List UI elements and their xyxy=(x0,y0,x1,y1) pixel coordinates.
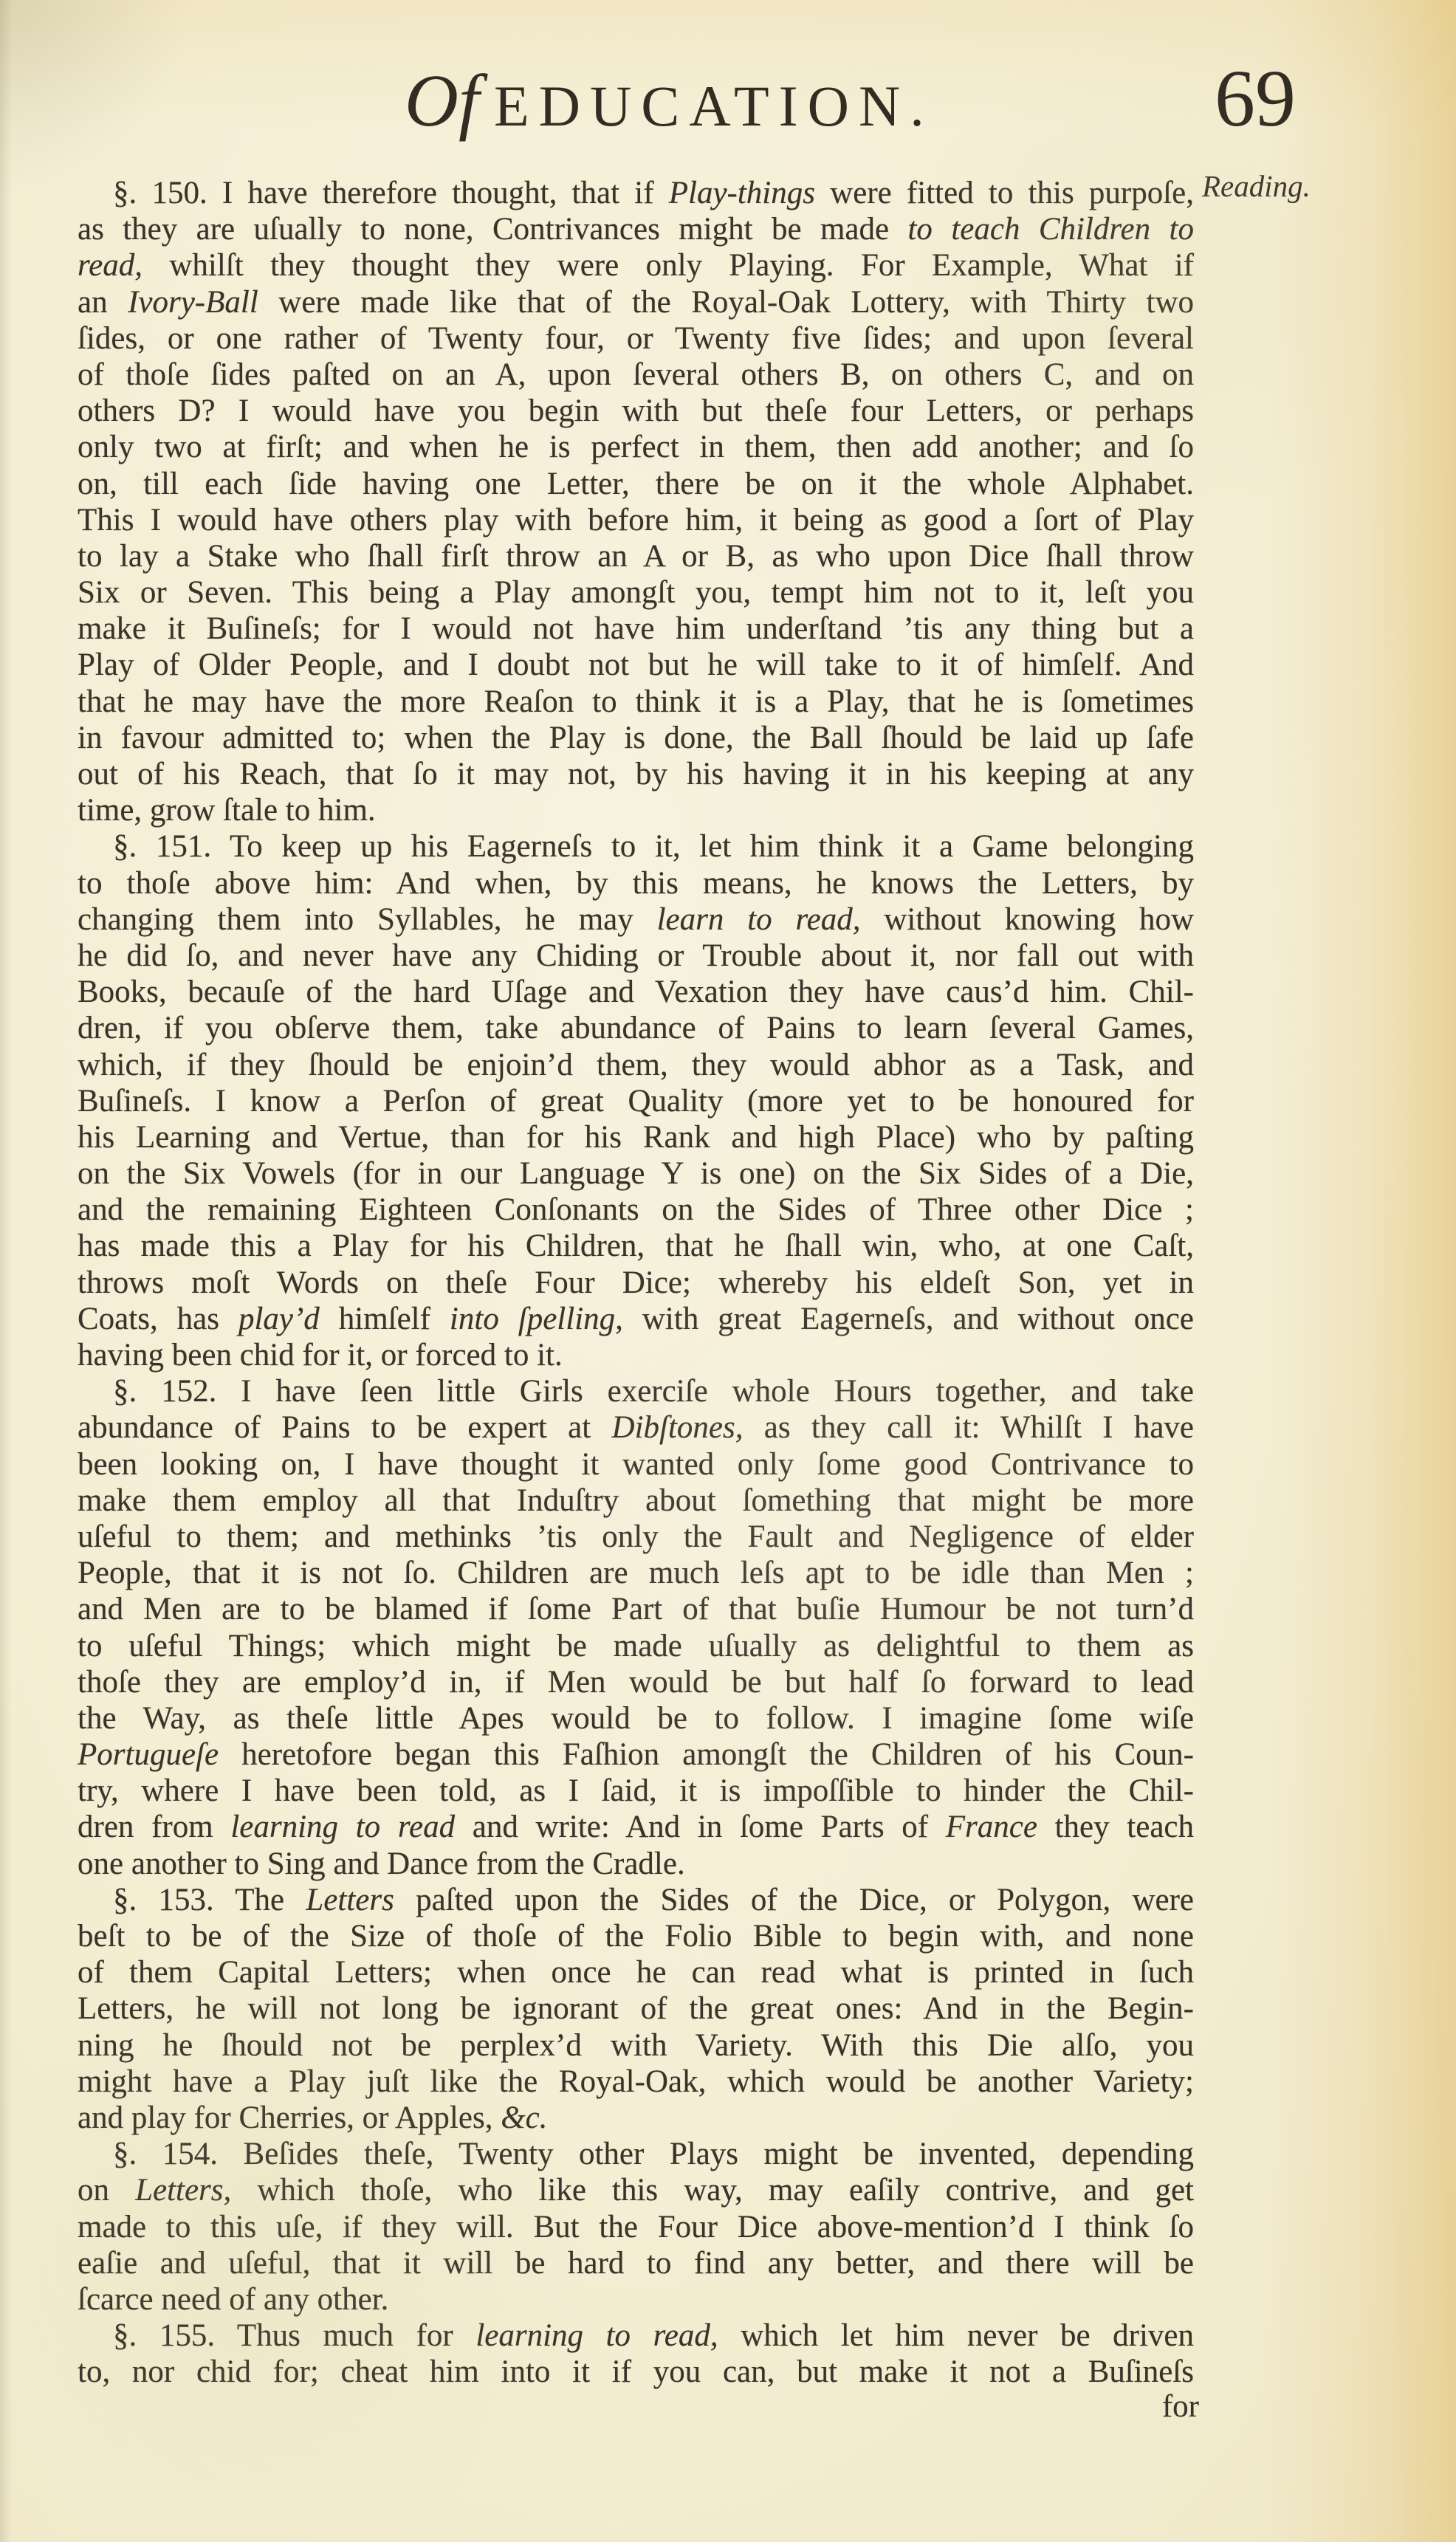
roman-text: dren from xyxy=(78,1810,230,1844)
text-line: eaſie and uſeful, that it will be hard t… xyxy=(78,2245,1194,2281)
text-line: and play for Cherries, or Apples, &c. xyxy=(78,2100,1194,2136)
roman-text: to lay a Stake who ſhall firſt throw an … xyxy=(78,539,1194,574)
roman-text: §. 155. Thus much for xyxy=(113,2318,475,2353)
roman-text: of them Capital Letters; when once he ca… xyxy=(78,1955,1194,1990)
roman-text: Buſineſs. I know a Perſon of great Quali… xyxy=(78,1084,1194,1119)
text-line: Portugueſe heretofore began this Faſhion… xyxy=(78,1737,1194,1773)
roman-text: Play of Older People, and I doubt not bu… xyxy=(78,647,1194,682)
roman-text: were fitted to this purpoſe, xyxy=(815,176,1194,210)
text-line: others D? I would have you begin with bu… xyxy=(78,393,1194,429)
roman-text: §. 152. I have ſeen little Girls exerciſ… xyxy=(113,1374,1194,1409)
text-line: has made this a Play for his Children, t… xyxy=(78,1228,1194,1264)
paragraph-150: §. 150. I have therefore thought, that i… xyxy=(78,175,1194,828)
text-line: time, grow ſtale to him. xyxy=(78,792,1194,828)
text-line: Books, becauſe of the hard Uſage and Vex… xyxy=(78,974,1194,1010)
roman-text: make them employ all that Induſtry about… xyxy=(78,1483,1194,1518)
text-line: Coats, has play’d himſelf into ſpelling,… xyxy=(78,1301,1194,1337)
roman-text: to, nor chid for; cheat him into it if y… xyxy=(78,2354,1194,2389)
text-line: might have a Play juſt like the Royal-Oa… xyxy=(78,2064,1194,2100)
text-line: on, till each ſide having one Letter, th… xyxy=(78,466,1194,502)
italic-text: Play-things xyxy=(669,176,815,210)
text-line: §. 153. The Letters paſted upon the Side… xyxy=(78,1882,1194,1918)
text-line: make it Buſineſs; for I would not have h… xyxy=(78,611,1194,647)
text-line: having been chid for it, or forced to it… xyxy=(78,1337,1194,1373)
roman-text: himſelf xyxy=(320,1302,450,1336)
text-line: abundance of Pains to be expert at Dibſt… xyxy=(78,1409,1194,1446)
text-line: ning he ſhould not be perplex’d with Var… xyxy=(78,2027,1194,2064)
text-line: read, whilſt they thought they were only… xyxy=(78,247,1194,284)
roman-text: beſt to be of the Size of thoſe of the F… xyxy=(78,1919,1194,1954)
italic-text: into ſpelling, xyxy=(450,1302,623,1336)
text-line: on the Six Vowels (for in our Language Y… xyxy=(78,1155,1194,1192)
roman-text: on xyxy=(78,2173,135,2208)
roman-text: made to this uſe, if they will. But the … xyxy=(78,2210,1194,2244)
text-line: uſeful to them; and methinks ’tis only t… xyxy=(78,1519,1194,1555)
text-line: to uſeful Things; which might be made uſ… xyxy=(78,1628,1194,1664)
text-line: been looking on, I have thought it wante… xyxy=(78,1446,1194,1483)
roman-text: which let him never be driven xyxy=(718,2318,1194,2353)
paragraph-151: §. 151. To keep up his Eagerneſs to it, … xyxy=(78,828,1194,1373)
text-line: Play of Older People, and I doubt not bu… xyxy=(78,647,1194,683)
roman-text: This I would have others play with befor… xyxy=(78,503,1194,537)
paragraph-155: §. 155. Thus much for learning to read, … xyxy=(78,2318,1194,2390)
text-line: Six or Seven. This being a Play amongſt … xyxy=(78,574,1194,611)
roman-text: ſcarce need of any other. xyxy=(78,2282,388,2317)
paragraph-152: §. 152. I have ſeen little Girls exerciſ… xyxy=(78,1373,1194,1882)
running-title-of: Of xyxy=(405,59,479,142)
roman-text: in favour admitted to; when the Play is … xyxy=(78,721,1194,755)
roman-text: on the Six Vowels (for in our Language Y… xyxy=(78,1156,1194,1191)
roman-text: time, grow ſtale to him. xyxy=(78,793,376,828)
text-line: to lay a Stake who ſhall firſt throw an … xyxy=(78,538,1194,574)
text-line: thoſe they are employ’d in, if Men would… xyxy=(78,1664,1194,1700)
roman-text: of thoſe ſides paſted on an A, upon ſeve… xyxy=(78,357,1194,392)
catchword: for xyxy=(1162,2388,1199,2425)
text-line: §. 150. I have therefore thought, that i… xyxy=(78,175,1194,211)
text-line: Buſineſs. I know a Perſon of great Quali… xyxy=(78,1083,1194,1119)
roman-text: and play for Cherries, or Apples, xyxy=(78,2100,501,2135)
text-line: ſcarce need of any other. xyxy=(78,2281,1194,2318)
roman-text: and Men are to be blamed if ſome Part of… xyxy=(78,1592,1194,1626)
text-line: beſt to be of the Size of thoſe of the F… xyxy=(78,1918,1194,1954)
text-line: §. 151. To keep up his Eagerneſs to it, … xyxy=(78,828,1194,865)
roman-text: changing them into Syllables, he may xyxy=(78,902,657,937)
text-line: try, where I have been told, as I ſaid, … xyxy=(78,1773,1194,1809)
roman-text: eaſie and uſeful, that it will be hard t… xyxy=(78,2246,1194,2281)
roman-text: §. 154. Beſides theſe, Twenty other Play… xyxy=(113,2137,1194,2171)
text-line: which, if they ſhould be enjoin’d them, … xyxy=(78,1047,1194,1083)
roman-text: Six or Seven. This being a Play amongſt … xyxy=(78,575,1194,610)
text-line: of them Capital Letters; when once he ca… xyxy=(78,1954,1194,1990)
roman-text: People, that it is not ſo. Children are … xyxy=(78,1556,1194,1590)
italic-text: Dibſtones, xyxy=(612,1410,744,1445)
italic-text: learning to read, xyxy=(475,2318,718,2353)
text-line: §. 154. Beſides theſe, Twenty other Play… xyxy=(78,2136,1194,2172)
italic-text: Letters xyxy=(306,1883,394,1917)
roman-text: having been chid for it, or forced to it… xyxy=(78,1338,563,1373)
italic-text: learn to read, xyxy=(657,902,861,937)
roman-text: try, where I have been told, as I ſaid, … xyxy=(78,1773,1194,1808)
roman-text: been looking on, I have thought it wante… xyxy=(78,1447,1194,1482)
text-line: one another to Sing and Dance from the C… xyxy=(78,1846,1194,1882)
book-page: OfEDUCATION. 69 Reading. §. 150. I have … xyxy=(0,0,1456,2542)
roman-text: with great Eagerneſs, and without once xyxy=(623,1302,1194,1336)
roman-text: which thoſe, who like this way, may eaſi… xyxy=(231,2173,1194,2208)
italic-text: France xyxy=(946,1810,1037,1844)
text-line: he did ſo, and never have any Chiding or… xyxy=(78,938,1194,974)
roman-text: ning he ſhould not be perplex’d with Var… xyxy=(78,2028,1194,2063)
roman-text: were made like that of the Royal-Oak Lot… xyxy=(258,285,1194,320)
text-line: §. 155. Thus much for learning to read, … xyxy=(78,2318,1194,2354)
running-title: OfEDUCATION. xyxy=(405,63,934,138)
roman-text: and write: And in ſome Parts of xyxy=(455,1810,946,1844)
roman-text: one another to Sing and Dance from the C… xyxy=(78,1847,685,1881)
roman-text: without knowing how xyxy=(861,902,1195,937)
roman-text: paſted upon the Sides of the Dice, or Po… xyxy=(394,1883,1194,1917)
roman-text: heretofore began this Faſhion amongſt th… xyxy=(219,1737,1194,1772)
roman-text: others D? I would have you begin with bu… xyxy=(78,394,1194,428)
roman-text: an xyxy=(78,285,128,320)
roman-text: they teach xyxy=(1037,1810,1194,1844)
text-line: to, nor chid for; cheat him into it if y… xyxy=(78,2354,1194,2390)
roman-text: to uſeful Things; which might be made uſ… xyxy=(78,1629,1194,1663)
roman-text: that he may have the more Reaſon to thin… xyxy=(78,684,1194,719)
paragraph-154: §. 154. Beſides theſe, Twenty other Play… xyxy=(78,2136,1194,2318)
roman-text: which, if they ſhould be enjoin’d them, … xyxy=(78,1048,1194,1082)
text-line: People, that it is not ſo. Children are … xyxy=(78,1555,1194,1591)
roman-text: whilſt they thought they were only Playi… xyxy=(142,248,1194,283)
roman-text: he did ſo, and never have any Chiding or… xyxy=(78,938,1194,973)
roman-text: thoſe they are employ’d in, if Men would… xyxy=(78,1665,1194,1700)
margin-note: Reading. xyxy=(1202,170,1311,203)
text-line: and Men are to be blamed if ſome Part of… xyxy=(78,1591,1194,1627)
roman-text: out of his Reach, that ſo it may not, by… xyxy=(78,757,1194,791)
text-line: Letters, he will not long be ignorant of… xyxy=(78,1990,1194,2027)
roman-text: and the remaining Eighteen Conſonants on… xyxy=(78,1192,1194,1227)
roman-text: to thoſe above him: And when, by this me… xyxy=(78,866,1194,901)
running-title-caps: EDUCATION. xyxy=(494,74,934,138)
text-line: §. 152. I have ſeen little Girls exerciſ… xyxy=(78,1373,1194,1409)
text-line: changing them into Syllables, he may lea… xyxy=(78,901,1194,938)
text-line: make them employ all that Induſtry about… xyxy=(78,1483,1194,1519)
roman-text: Books, becauſe of the hard Uſage and Vex… xyxy=(78,975,1194,1009)
text-line: an Ivory-Ball were made like that of the… xyxy=(78,284,1194,320)
italic-text: Portugueſe xyxy=(78,1737,219,1772)
italic-text: read, xyxy=(78,248,142,283)
text-line: on Letters, which thoſe, who like this w… xyxy=(78,2172,1194,2208)
roman-text: Coats, has xyxy=(78,1302,238,1336)
text-line: as they are uſually to none, Contrivance… xyxy=(78,211,1194,247)
text-line: out of his Reach, that ſo it may not, by… xyxy=(78,756,1194,792)
page-number: 69 xyxy=(1215,58,1296,139)
italic-text: learning to read xyxy=(230,1810,455,1844)
italic-text: &c. xyxy=(501,2100,547,2135)
roman-text: §. 153. The xyxy=(113,1883,306,1917)
roman-text: has made this a Play for his Children, t… xyxy=(78,1229,1194,1263)
roman-text: only two at firſt; and when he is perfec… xyxy=(78,430,1194,464)
italic-text: to teach Children to xyxy=(907,212,1194,247)
roman-text: make it Buſineſs; for I would not have h… xyxy=(78,611,1194,646)
italic-text: play’d xyxy=(238,1302,320,1336)
italic-text: Ivory-Ball xyxy=(128,285,258,320)
text-line: This I would have others play with befor… xyxy=(78,502,1194,538)
text-line: to thoſe above him: And when, by this me… xyxy=(78,865,1194,901)
roman-text: abundance of Pains to be expert at xyxy=(78,1410,612,1445)
roman-text: ſides, or one rather of Twenty four, or … xyxy=(78,321,1194,356)
text-block: §. 150. I have therefore thought, that i… xyxy=(78,175,1194,2390)
text-line: dren from learning to read and write: An… xyxy=(78,1809,1194,1845)
roman-text: Letters, he will not long be ignorant of… xyxy=(78,1991,1194,2026)
text-line: ſides, or one rather of Twenty four, or … xyxy=(78,320,1194,357)
italic-text: Letters, xyxy=(135,2173,231,2208)
roman-text: uſeful to them; and methinks ’tis only t… xyxy=(78,1519,1194,1554)
text-line: of thoſe ſides paſted on an A, upon ſeve… xyxy=(78,357,1194,393)
text-line: throws moſt Words on theſe Four Dice; wh… xyxy=(78,1265,1194,1301)
text-line: his Learning and Vertue, than for his Ra… xyxy=(78,1119,1194,1155)
roman-text: might have a Play juſt like the Royal-Oa… xyxy=(78,2064,1194,2099)
roman-text: as they call it: Whilſt I have xyxy=(743,1410,1194,1445)
text-line: made to this uſe, if they will. But the … xyxy=(78,2209,1194,2245)
roman-text: his Learning and Vertue, than for his Ra… xyxy=(78,1120,1194,1155)
text-line: only two at firſt; and when he is perfec… xyxy=(78,429,1194,465)
roman-text: dren, if you obſerve them, take abundanc… xyxy=(78,1011,1194,1045)
roman-text: the Way, as theſe little Apes would be t… xyxy=(78,1701,1194,1736)
roman-text: §. 150. I have therefore thought, that i… xyxy=(113,176,669,210)
text-line: in favour admitted to; when the Play is … xyxy=(78,720,1194,756)
text-line: and the remaining Eighteen Conſonants on… xyxy=(78,1192,1194,1228)
roman-text: on, till each ſide having one Letter, th… xyxy=(78,467,1194,501)
roman-text: as they are uſually to none, Contrivance… xyxy=(78,212,907,247)
roman-text: throws moſt Words on theſe Four Dice; wh… xyxy=(78,1265,1194,1300)
text-line: the Way, as theſe little Apes would be t… xyxy=(78,1700,1194,1737)
paragraph-153: §. 153. The Letters paſted upon the Side… xyxy=(78,1882,1194,2136)
text-line: that he may have the more Reaſon to thin… xyxy=(78,684,1194,720)
text-line: dren, if you obſerve them, take abundanc… xyxy=(78,1010,1194,1046)
roman-text: §. 151. To keep up his Eagerneſs to it, … xyxy=(113,829,1194,864)
